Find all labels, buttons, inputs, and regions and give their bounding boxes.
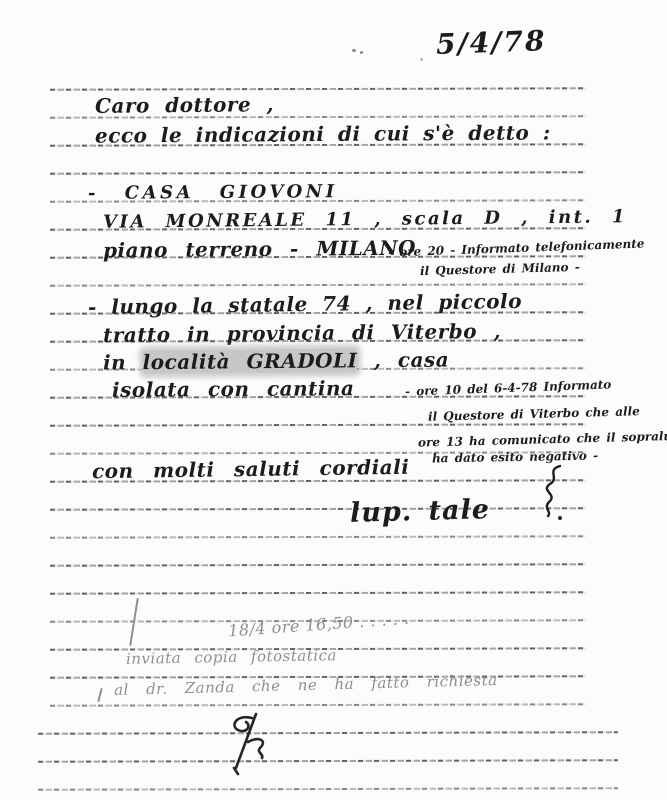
footnote-zanda: al dr. Zanda che ne ha fatto richiesta: [114, 671, 498, 699]
scan-speck: [352, 49, 356, 52]
rule-line: [38, 759, 618, 763]
rule-line: [50, 591, 586, 594]
closing-line: con molti saluti cordiali: [92, 455, 410, 483]
address-line-city: piano terreno - MILANO: [103, 236, 416, 263]
scan-speck: [420, 58, 423, 61]
annotation-viterbo-line3: ore 13 ha comunicato che il sopraluogo: [418, 428, 667, 449]
rule-line: [38, 787, 618, 791]
paraph-mark-icon: [222, 712, 274, 778]
rule-line: [50, 535, 586, 538]
location-line3-pre: in: [103, 350, 143, 374]
signature-dot: [558, 516, 562, 520]
signature: lup. tale: [350, 494, 491, 529]
annotation-milano-line2: il Questore di Milano -: [420, 260, 580, 278]
location-line3: in località GRADOLI , casa: [103, 347, 449, 374]
footnote-time: 18/4 ore 16,50 . . . . .: [228, 609, 410, 641]
flourish-mark-icon: [536, 462, 570, 522]
location-line3-post: , casa: [357, 347, 449, 372]
location-line4: isolata con cantina: [112, 376, 355, 402]
letter-date: 5/4/78: [435, 24, 546, 61]
rule-line: [50, 171, 586, 174]
location-line2: tratto in provincia di Viterbo ,: [103, 319, 501, 347]
gradoli-highlight: località GRADOLI: [143, 348, 358, 374]
rule-line: [50, 563, 586, 566]
footnote-copy: inviata copia fotostatica: [126, 646, 337, 668]
annotation-viterbo-line2: il Questore di Viterbo che alle: [428, 404, 640, 424]
rule-line: [50, 87, 586, 90]
rule-line: [38, 731, 618, 735]
rule-line: [50, 507, 586, 510]
annotation-viterbo-line4: ha dato esito negativo -: [432, 449, 598, 466]
pencil-comma-tick: [97, 688, 102, 702]
address-line-casa: - CASA GIOVONI: [88, 181, 338, 204]
salutation-line: Caro dottore ,: [95, 92, 274, 118]
intro-line: ecco le indicazioni di cui s'è detto :: [95, 120, 551, 147]
location-line1: - lungo la statale 74 , nel piccolo: [88, 289, 522, 319]
rule-line: [50, 283, 586, 286]
rule-line: [50, 703, 586, 706]
rule-line: [50, 423, 586, 426]
scanned-letter-page: 5/4/78 Caro dottore , ecco le indicazion…: [0, 0, 667, 800]
scan-speck: [360, 51, 363, 54]
